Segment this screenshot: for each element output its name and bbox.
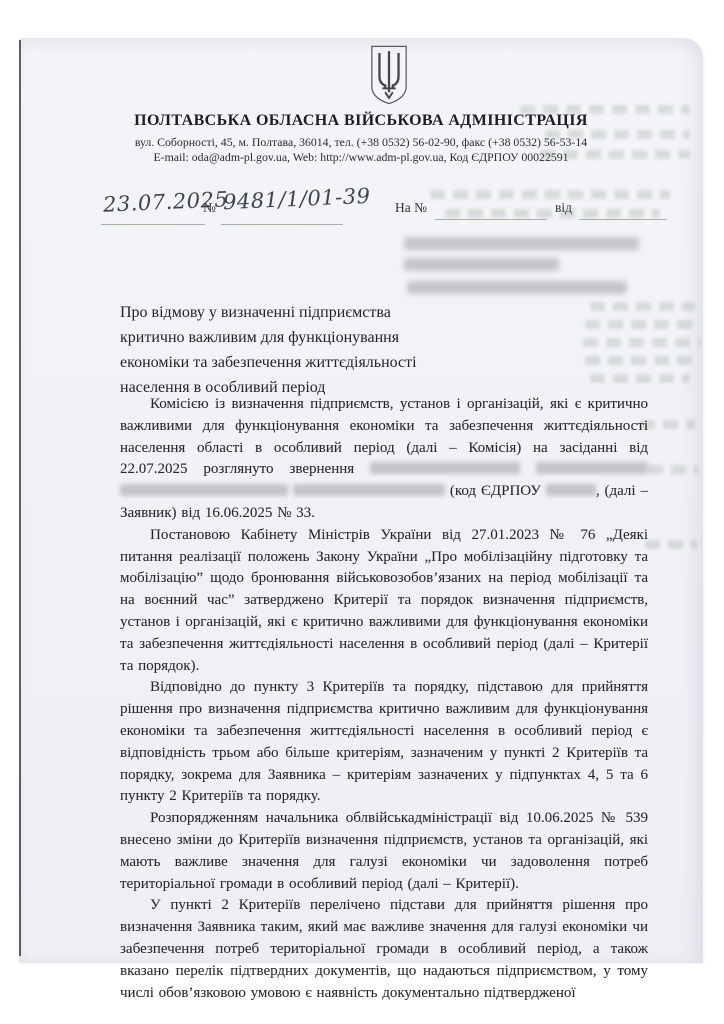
subject-block: Про відмову у визначенні підприємства кр…: [120, 300, 492, 400]
number-sign-label: №: [203, 200, 216, 216]
bleed-through-ghost-text: [585, 356, 697, 365]
bleed-through-ghost-text: [445, 209, 660, 218]
company-name-redacted: [293, 484, 445, 496]
handwritten-outgoing-number: 9481/1/01-39: [223, 184, 371, 214]
reply-date-blank-line: [579, 219, 667, 220]
bleed-through-ghost-text: [430, 190, 670, 199]
number-underline: [221, 224, 343, 225]
scan-edge-line: [19, 40, 21, 956]
addressee-redacted-line: [407, 281, 627, 294]
addressee-redacted-line: [404, 258, 559, 271]
paragraph-order-539: Розпорядженням начальника облвійськадмін…: [120, 808, 648, 895]
ukraine-trident-emblem: [368, 44, 410, 106]
bleed-through-ghost-text: [590, 302, 695, 311]
paragraph-criteria-point-2: У пункті 2 Критеріїв перелічено підстави…: [120, 895, 648, 1004]
scanned-letter-page: ПОЛТАВСЬКА ОБЛАСНА ВІЙСЬКОВА АДМІНІСТРАЦ…: [0, 0, 724, 1024]
organization-name: ПОЛТАВСЬКА ОБЛАСНА ВІЙСЬКОВА АДМІНІСТРАЦ…: [19, 112, 703, 130]
company-name-redacted: [536, 462, 648, 474]
addressee-redacted-line: [404, 237, 639, 250]
reply-number-blank-line: [435, 219, 547, 220]
subject-line: економіки та забезпечення життєдіяльност…: [120, 350, 492, 375]
subject-line: критично важливим для функціонування: [120, 325, 492, 350]
bleed-through-ghost-text: [583, 338, 701, 347]
bleed-through-ghost-text: [640, 420, 695, 429]
company-name-redacted: [120, 484, 288, 496]
bleed-through-ghost-text: [645, 540, 697, 549]
paragraph-commission: Комісією із визначення підприємств, уста…: [120, 394, 648, 525]
bleed-through-ghost-text: [648, 465, 698, 474]
letter-body: Комісією із визначення підприємств, уста…: [120, 394, 648, 1004]
date-underline: [101, 224, 205, 225]
paragraph-criteria-point-3: Відповідно до пункту 3 Критеріїв та поря…: [120, 677, 648, 808]
bleed-through-ghost-text: [545, 130, 690, 139]
bleed-through-ghost-text: [590, 374, 690, 383]
paper-sheet: ПОЛТАВСЬКА ОБЛАСНА ВІЙСЬКОВА АДМІНІСТРАЦ…: [19, 38, 703, 963]
bleed-through-ghost-text: [540, 150, 690, 159]
company-name-redacted: [370, 462, 520, 474]
reply-to-number-label: На №: [395, 200, 427, 216]
paragraph-resolution-76: Постановою Кабінету Міністрів України ві…: [120, 525, 648, 678]
edrpou-code-redacted: [546, 484, 596, 496]
edrpou-code-label: (код ЄДРПОУ: [450, 483, 541, 499]
subject-line: Про відмову у визначенні підприємства: [120, 300, 492, 325]
bleed-through-ghost-text: [520, 105, 690, 114]
bleed-through-ghost-text: [585, 320, 700, 329]
